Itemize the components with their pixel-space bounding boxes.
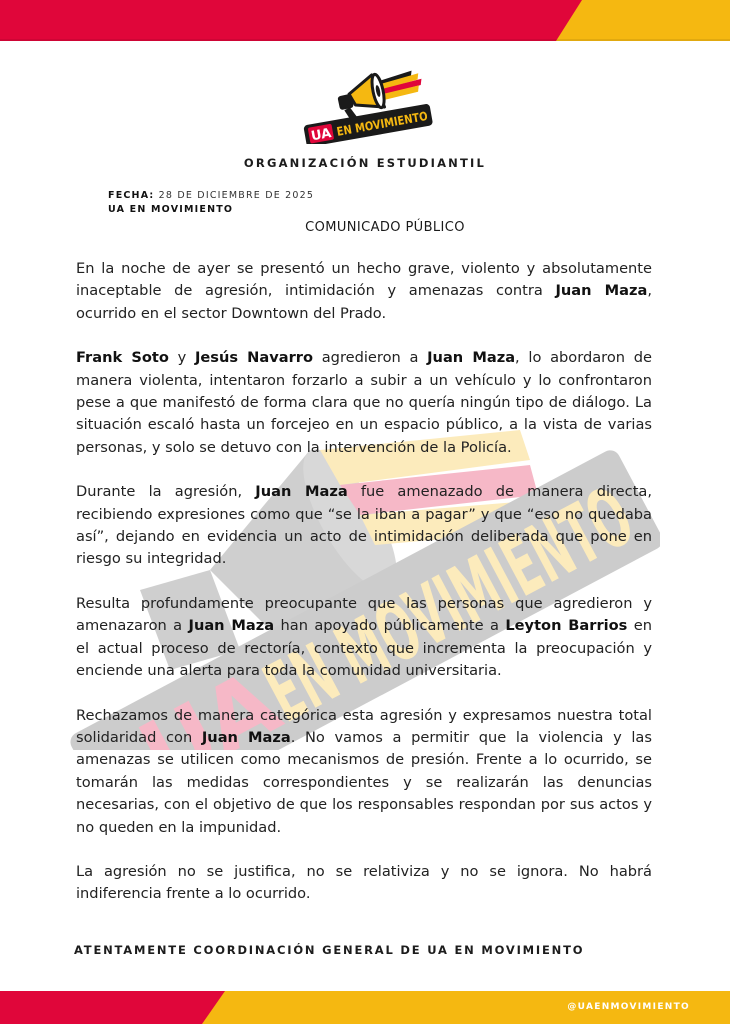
statement-paragraph: Durante la agresión, Juan Maza fue amena…	[76, 481, 652, 571]
logo-ua-text: UA	[310, 126, 333, 144]
issuer-line: UA EN MOVIMIENTO	[108, 203, 314, 217]
paragraph-text: y	[169, 349, 195, 366]
statement-paragraph: En la noche de ayer se presentó un hecho…	[76, 258, 652, 325]
statement-paragraph: Frank Soto y Jesús Navarro agredieron a …	[76, 347, 652, 459]
document-title: COMUNICADO PÚBLICO	[0, 220, 730, 235]
highlighted-name: Juan Maza	[202, 729, 291, 746]
bottom-decorative-band: @UAENMOVIMIENTO	[0, 991, 730, 1024]
date-value: 28 DE DICIEMBRE DE 2025	[154, 190, 314, 201]
paragraph-text: han apoyado públicamente a	[274, 617, 505, 634]
date-label: FECHA:	[108, 190, 154, 201]
statement-body: En la noche de ayer se presentó un hecho…	[76, 258, 652, 906]
social-handle: @UAENMOVIMIENTO	[567, 1002, 690, 1012]
statement-paragraph: La agresión no se justifica, no se relat…	[76, 861, 652, 906]
date-line: FECHA: 28 DE DICIEMBRE DE 2025	[108, 189, 314, 203]
paragraph-text: Durante la agresión,	[76, 483, 255, 500]
statement-paragraph: Resulta profundamente preocupante que la…	[76, 593, 652, 683]
paragraph-text: agredieron a	[313, 349, 427, 366]
statement-paragraph: Rechazamos de manera categórica esta agr…	[76, 705, 652, 839]
highlighted-name: Juan Maza	[255, 483, 347, 500]
highlighted-name: Juan Maza	[427, 349, 515, 366]
highlighted-name: Frank Soto	[76, 349, 169, 366]
signoff: ATENTAMENTE COORDINACIÓN GENERAL DE UA E…	[74, 943, 584, 957]
paragraph-text: La agresión no se justifica, no se relat…	[76, 863, 652, 902]
highlighted-name: Juan Maza	[555, 282, 647, 299]
document-meta: FECHA: 28 DE DICIEMBRE DE 2025 UA EN MOV…	[108, 189, 314, 217]
top-band-shadow	[0, 39, 730, 41]
top-band-yellow-accent	[0, 0, 730, 41]
highlighted-name: Juan Maza	[189, 617, 275, 634]
ua-en-movimiento-logo: UA EN MOVIMIENTO	[300, 66, 440, 144]
highlighted-name: Leyton Barrios	[505, 617, 627, 634]
organization-title: ORGANIZACIÓN ESTUDIANTIL	[0, 156, 730, 170]
top-decorative-band	[0, 0, 730, 41]
highlighted-name: Jesús Navarro	[195, 349, 313, 366]
